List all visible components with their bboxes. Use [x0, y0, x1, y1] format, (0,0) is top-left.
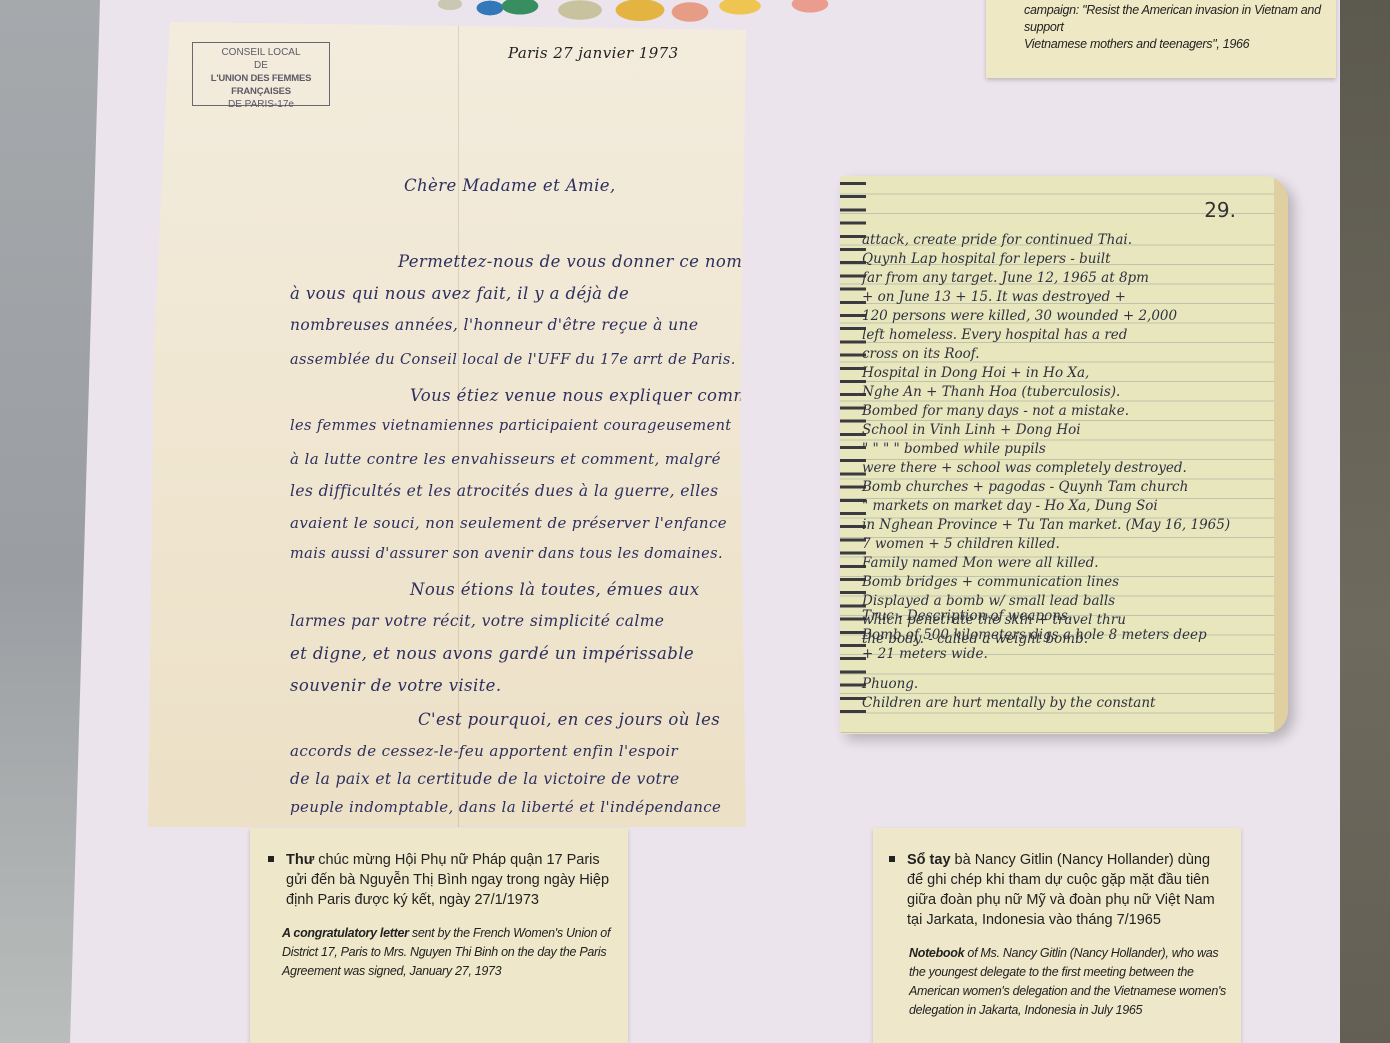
- caption-notebook-vi-text: bà Nancy Gitlin (Nancy Hollander) dùng đ…: [907, 852, 1215, 928]
- bullet-icon: [268, 856, 274, 862]
- caption-letter-vi-text: chúc mừng Hội Phụ nữ Pháp quận 17 Paris …: [286, 852, 609, 908]
- notebook-line: Bomb churches + pagodas - Quynh Tam chur…: [862, 479, 1188, 495]
- letter-line: les difficultés et les atrocités dues à …: [290, 482, 719, 500]
- caption-card-notebook: Sổ tay bà Nancy Gitlin (Nancy Hollander)…: [873, 828, 1241, 1043]
- notebook-line: Bomb of 500 kilometers digs a hole 8 met…: [862, 627, 1207, 643]
- bullet-icon: [889, 856, 895, 862]
- caption-notebook-en-bold: Notebook: [909, 946, 964, 960]
- notebook-line: Family named Mon were all killed.: [862, 555, 1099, 571]
- letter-line: larmes par votre récit, votre simplicité…: [290, 612, 664, 630]
- caption-letter-english: A congratulatory letter sent by the Fren…: [266, 924, 612, 981]
- notebook-line: " " " " bombed while pupils: [862, 441, 1046, 457]
- notebook-line: Children are hurt mentally by the consta…: [862, 695, 1155, 711]
- letter-line: souvenir de votre visite.: [290, 676, 502, 695]
- notebook-line: in Nghean Province + Tu Tan market. (May…: [862, 517, 1230, 533]
- letter-line: à vous qui nous avez fait, il y a déjà d…: [290, 284, 629, 303]
- notebook-line: 120 persons were killed, 30 wounded + 2,…: [862, 308, 1177, 324]
- notebook-line: far from any target. June 12, 1965 at 8p…: [862, 270, 1149, 286]
- top-caption-card: campaign: "Resist the American invasion …: [986, 0, 1336, 78]
- letter-line: les femmes vietnamiennes participaient c…: [290, 418, 732, 434]
- stamp-line-2: DE: [193, 59, 329, 72]
- handwritten-letter: CONSEIL LOCAL DE L'UNION DES FEMMES FRAN…: [148, 22, 746, 827]
- letter-line: nombreuses années, l'honneur d'être reçu…: [290, 316, 698, 334]
- letter-line: peuple indomptable, dans la liberté et l…: [290, 798, 721, 816]
- notebook-line: Quynh Lap hospital for lepers - built: [862, 251, 1111, 267]
- letter-line: Nous étions là toutes, émues aux: [410, 580, 700, 599]
- notebook-line: Bomb bridges + communication lines: [862, 574, 1119, 590]
- letter-line: C'est pourquoi, en ces jours où les: [418, 710, 720, 729]
- caption-card-letter: Thư chúc mừng Hội Phụ nữ Pháp quận 17 Pa…: [250, 828, 628, 1043]
- notebook-line: 7 women + 5 children killed.: [862, 536, 1060, 552]
- notebook-line: Displayed a bomb w/ small lead balls: [862, 593, 1115, 609]
- notebook-line: Hospital in Dong Hoi + in Ho Xa,: [862, 365, 1089, 381]
- letter-date: Paris 27 janvier 1973: [508, 44, 679, 62]
- letter-line: Vous étiez venue nous expliquer comment: [410, 386, 778, 405]
- letter-line: Permettez-nous de vous donner ce nom,: [398, 252, 748, 271]
- letter-line: mais aussi d'assurer son avenir dans tou…: [290, 546, 723, 562]
- letter-line: et digne, et nous avons gardé un impéris…: [290, 644, 694, 663]
- notebook-page-edges: [1274, 176, 1288, 734]
- letter-line: accords de cessez-le-feu apportent enfin…: [290, 742, 678, 760]
- stamp-line-1: CONSEIL LOCAL: [193, 46, 329, 59]
- notebook-line: Nghe An + Thanh Hoa (tuberculosis).: [862, 384, 1120, 400]
- stamp-line-3: L'UNION DES FEMMES FRANÇAISES: [193, 72, 329, 98]
- top-caption-line-2: Vietnamese mothers and teenagers", 1966: [1024, 36, 1336, 53]
- caption-notebook-vi-bold: Sổ tay: [907, 852, 951, 868]
- notebook-line: Truc - Description of weapons.: [862, 608, 1072, 624]
- notebook-line: Bombed for many days - not a mistake.: [862, 403, 1129, 419]
- notebook-line: attack, create pride for continued Thai.: [862, 232, 1132, 248]
- spiral-notebook: 29. attack, create pride for continued T…: [840, 176, 1288, 734]
- caption-notebook-vietnamese: Sổ tay bà Nancy Gitlin (Nancy Hollander)…: [887, 850, 1227, 930]
- caption-notebook-english: Notebook of Ms. Nancy Gitlin (Nancy Holl…: [887, 944, 1227, 1020]
- letter-salutation: Chère Madame et Amie,: [404, 176, 616, 195]
- notebook-line: left homeless. Every hospital has a red: [862, 327, 1127, 343]
- stamp-line-4: DE PARIS-17e: [193, 98, 329, 111]
- top-caption-line-1: campaign: "Resist the American invasion …: [1024, 2, 1336, 36]
- notebook-line: + on June 13 + 15. It was destroyed +: [862, 289, 1126, 305]
- notebook-line: " markets on market day - Ho Xa, Dung So…: [862, 498, 1158, 514]
- caption-letter-vietnamese: Thư chúc mừng Hội Phụ nữ Pháp quận 17 Pa…: [266, 850, 612, 910]
- notebook-line: School in Vinh Linh + Dong Hoi: [862, 422, 1081, 438]
- letterhead-stamp: CONSEIL LOCAL DE L'UNION DES FEMMES FRAN…: [192, 42, 330, 106]
- letter-line: assemblée du Conseil local de l'UFF du 1…: [290, 352, 736, 368]
- letter-line: à la lutte contre les envahisseurs et co…: [290, 450, 721, 468]
- notebook-line: + 21 meters wide.: [862, 646, 988, 662]
- notebook-line: Phuong.: [862, 676, 918, 692]
- caption-letter-vi-bold: Thư: [286, 852, 314, 868]
- notebook-line: cross on its Roof.: [862, 346, 980, 362]
- notebook-line: were there + school was completely destr…: [862, 460, 1187, 476]
- letter-line: de la paix et la certitude de la victoir…: [290, 770, 680, 788]
- letter-line: avaient le souci, non seulement de prése…: [290, 514, 727, 532]
- notebook-page-number: 29.: [1204, 198, 1236, 222]
- caption-letter-en-bold: A congratulatory letter: [282, 926, 409, 940]
